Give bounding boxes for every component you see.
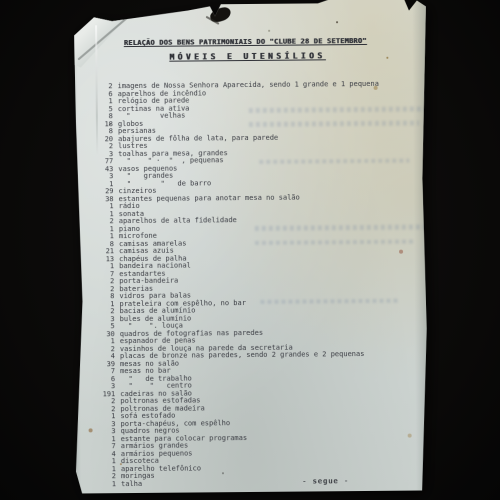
continuation-note: - segue - [302,478,349,486]
paper-stain-speckles [68,2,70,4]
item-qty: 1 [96,481,116,489]
document-title: RELAÇÃO DOS BENS PATRIMONIAIS DO "CLUBE … [108,37,382,47]
document-page: RELAÇÃO DOS BENS PATRIMONIAIS DO "CLUBE … [68,0,430,494]
document-page-wrap: RELAÇÃO DOS BENS PATRIMONIAIS DO "CLUBE … [68,0,430,494]
item-text: estantes pequenas para anotar mesa no sa… [119,194,300,203]
photo-background: RELAÇÃO DOS BENS PATRIMONIAIS DO "CLUBE … [0,0,500,500]
item-text: talha [121,480,142,488]
document-subtitle: MÓVEIS E UTENSÍLIOS [68,50,426,62]
typed-content: RELAÇÃO DOS BENS PATRIMONIAIS DO "CLUBE … [68,0,430,494]
inventory-list: 2imagens de Nossa Senhora Aparecida, sen… [93,81,383,488]
